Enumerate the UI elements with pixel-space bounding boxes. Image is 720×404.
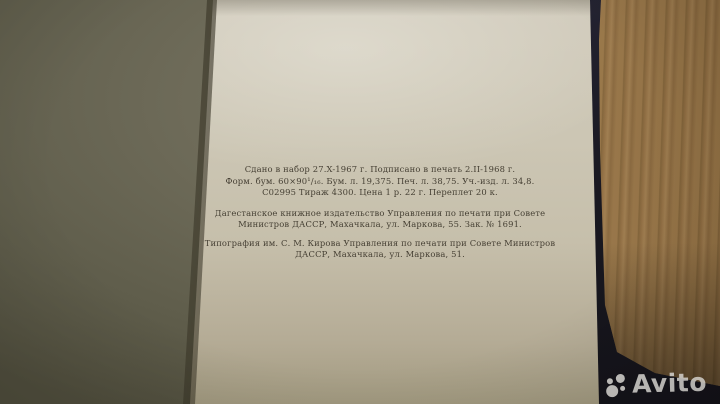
avito-watermark: Avito xyxy=(606,370,708,398)
avito-wordmark: Avito xyxy=(632,370,708,397)
colophon-line: Типография им. С. М. Кирова Управления п… xyxy=(205,238,556,248)
colophon-line: Дагестанское книжное издательство Управл… xyxy=(215,208,545,218)
colophon-block-publisher: Дагестанское книжное издательство Управл… xyxy=(190,208,570,231)
colophon-line: ДАССР, Махачкала, ул. Маркова, 51. xyxy=(295,249,465,259)
colophon-line: С02995 Тираж 4300. Цена 1 р. 22 г. Переп… xyxy=(262,187,498,197)
colophon-block-print-data: Сдано в набор 27.X-1967 г. Подписано в п… xyxy=(190,164,570,199)
colophon-line: Форм. бум. 60×90¹/₁₆. Бум. л. 19,375. Пе… xyxy=(226,176,535,186)
colophon-line: Министров ДАССР, Махачкала, ул. Маркова,… xyxy=(238,219,522,229)
colophon-line: Сдано в набор 27.X-1967 г. Подписано в п… xyxy=(245,164,516,174)
colophon-text: Сдано в набор 27.X-1967 г. Подписано в п… xyxy=(190,164,570,261)
colophon-block-printer: Типография им. С. М. Кирова Управления п… xyxy=(190,238,570,261)
book-photo: Сдано в набор 27.X-1967 г. Подписано в п… xyxy=(0,0,720,404)
avito-logo-icon xyxy=(606,373,629,398)
